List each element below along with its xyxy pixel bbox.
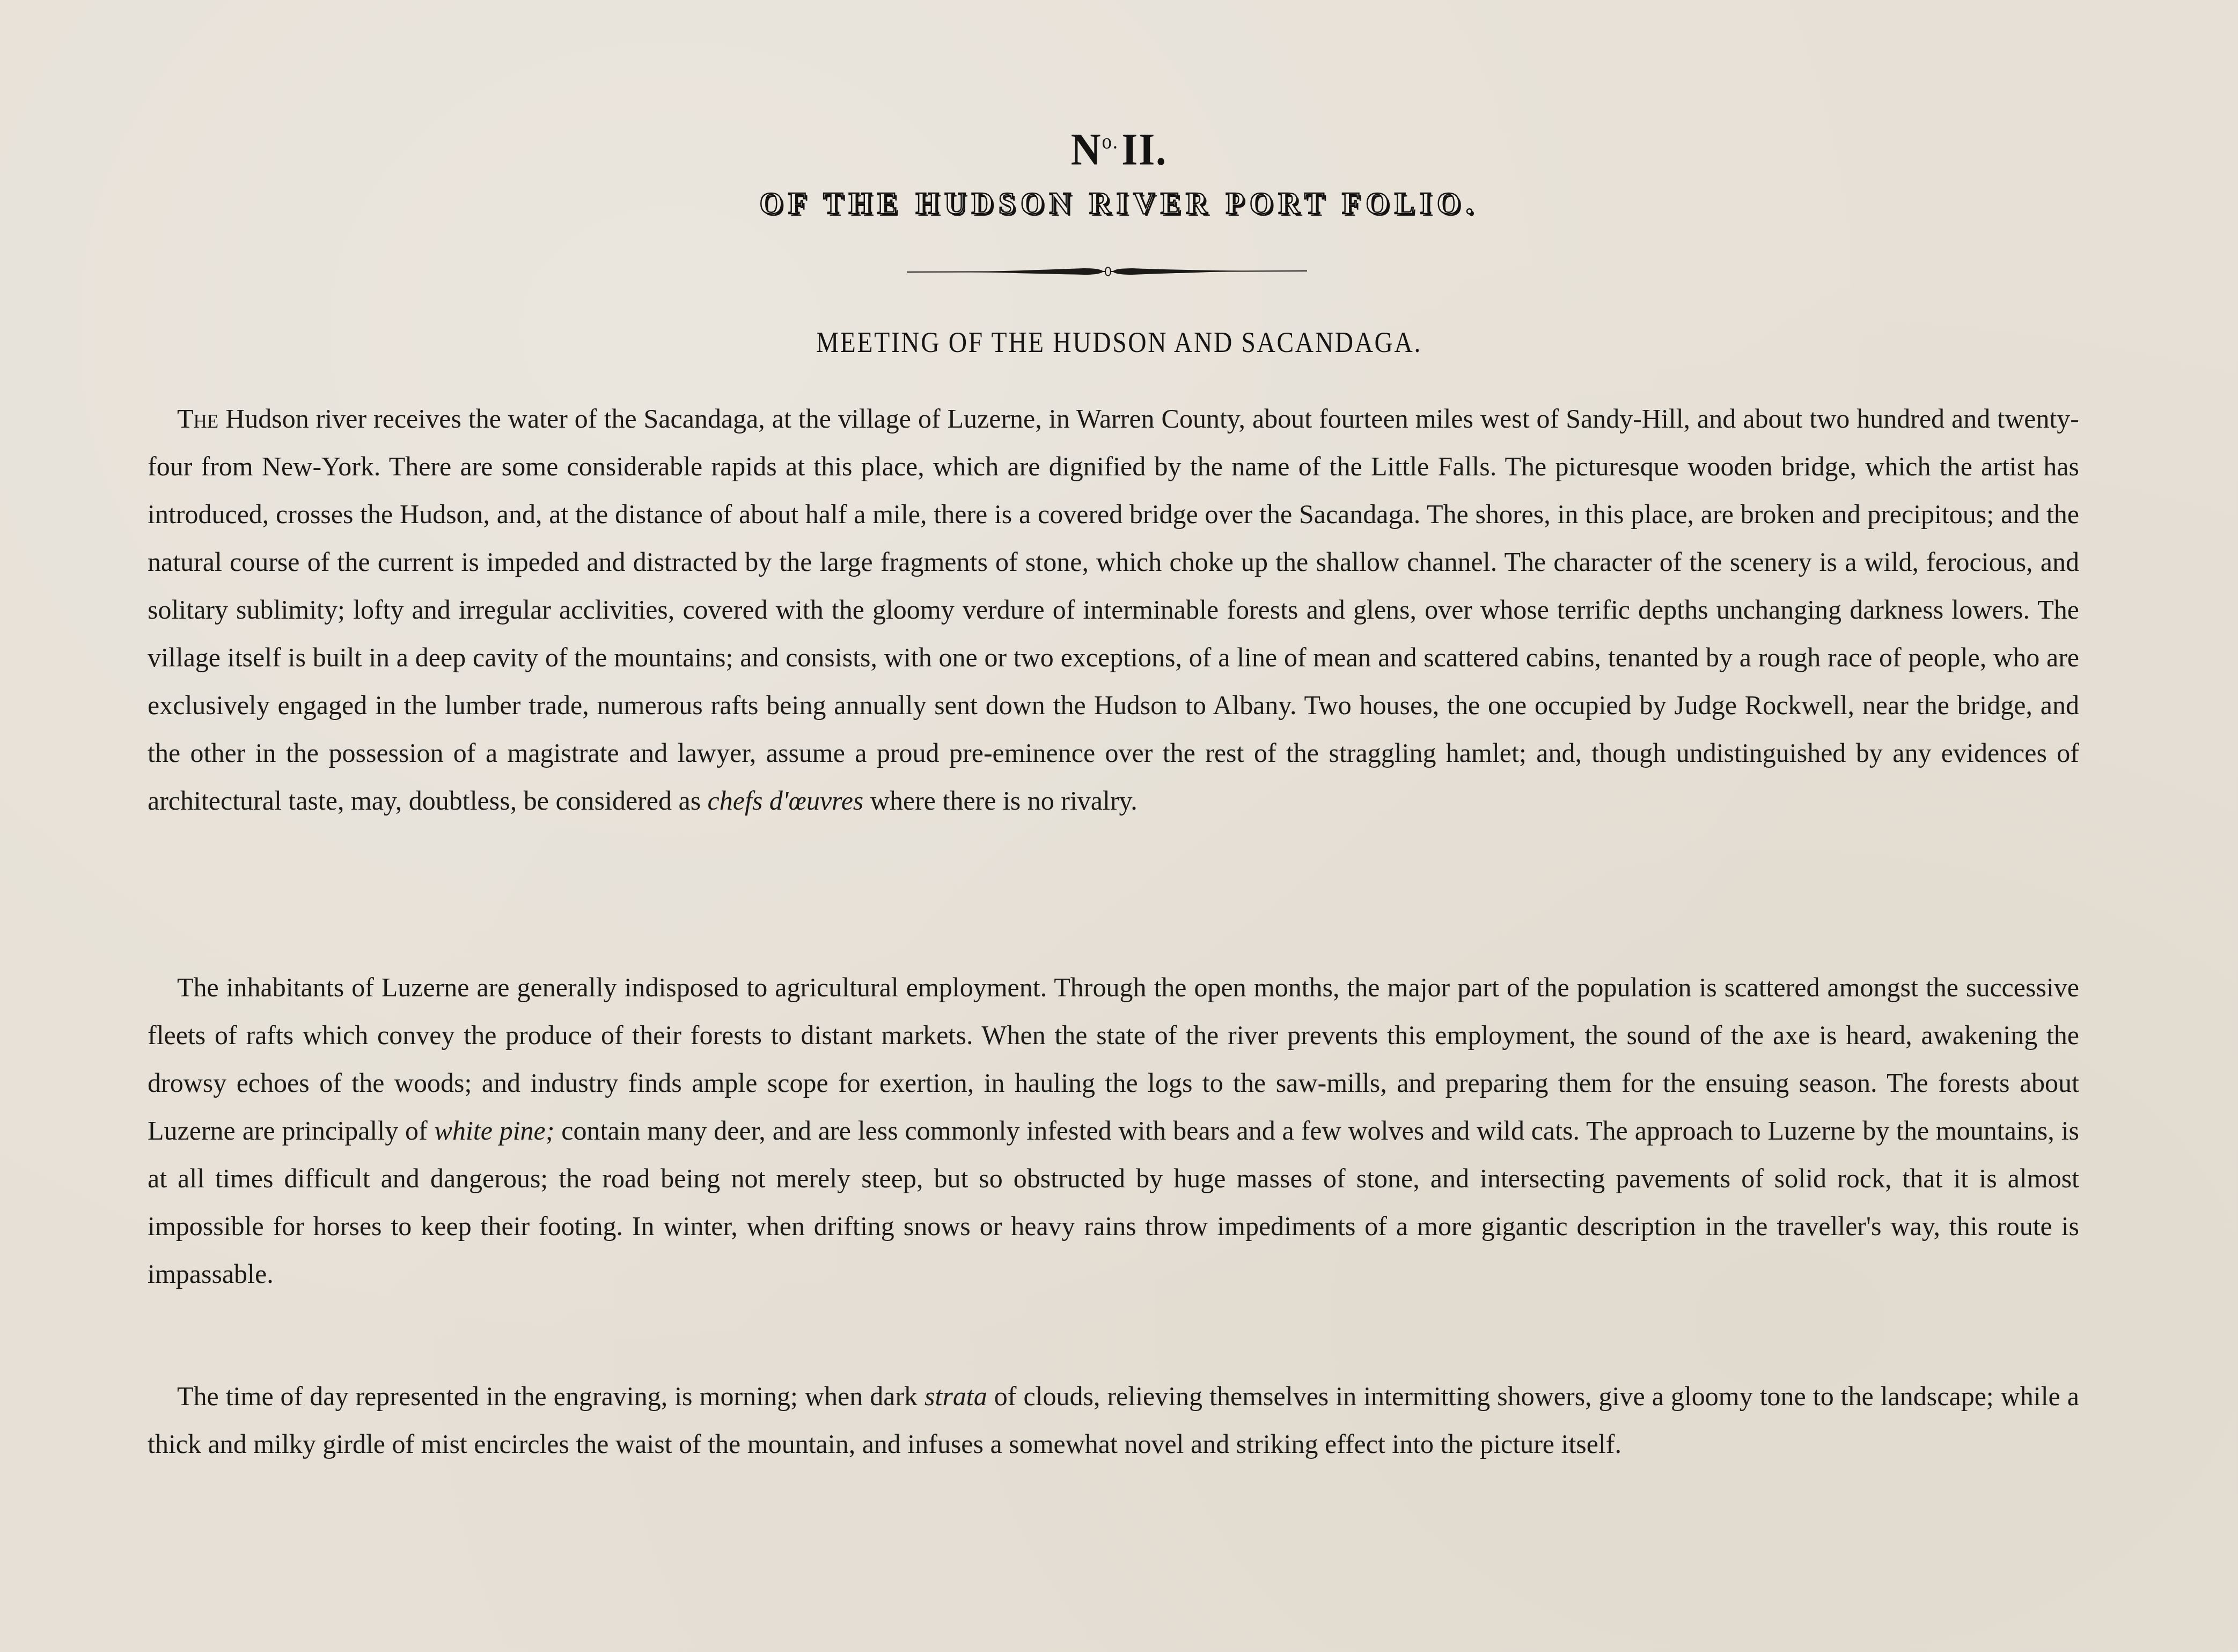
plate-prefix-superscript: o.: [1102, 129, 1118, 153]
document-page: No.II. OF THE HUDSON RIVER PORT FOLIO. M…: [0, 0, 2238, 1652]
paragraph-2: The inhabitants of Luzerne are generally…: [148, 964, 2079, 1298]
ornament-rule-icon: [907, 265, 1307, 278]
paragraph-text: The time of day represented in the engra…: [177, 1381, 924, 1411]
italic-phrase: white pine;: [435, 1115, 555, 1146]
paragraph-text: where there is no rivalry.: [863, 785, 1137, 816]
lead-word: The: [177, 403, 218, 434]
paragraph-1: The Hudson river receives the water of t…: [148, 395, 2079, 825]
italic-phrase: strata: [924, 1381, 987, 1411]
plate-number: No.II.: [90, 119, 2148, 173]
plate-prefix: N: [1071, 125, 1102, 175]
series-title: OF THE HUDSON RIVER PORT FOLIO.: [0, 188, 2238, 220]
italic-phrase: chefs d'œuvres: [708, 785, 864, 816]
article-heading: MEETING OF THE HUDSON AND SACANDAGA.: [0, 326, 2238, 358]
paragraph-3: The time of day represented in the engra…: [148, 1372, 2079, 1468]
plate-numeral: II.: [1121, 125, 1167, 175]
paragraph-text: Hudson river receives the water of the S…: [148, 403, 2079, 816]
